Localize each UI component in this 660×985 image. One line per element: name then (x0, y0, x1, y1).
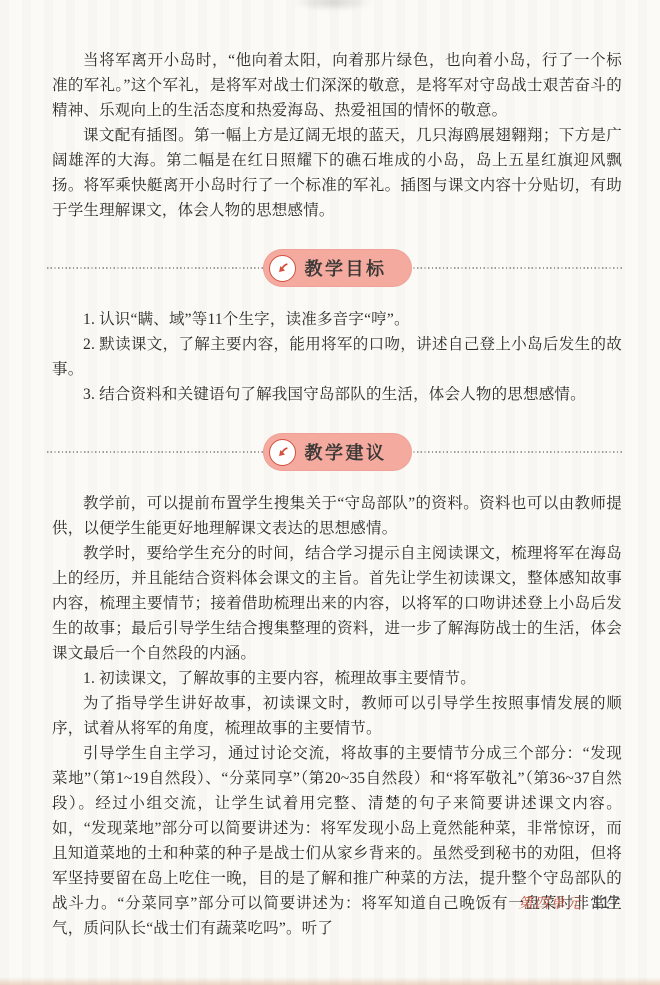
page-number: 117 (592, 894, 620, 913)
section-title-suggestions: 教学建议 (305, 439, 387, 465)
down-right-arrow-icon (269, 255, 296, 282)
objectives-pill: 教学目标 (263, 249, 412, 287)
section-title-objectives: 教学目标 (305, 255, 387, 281)
suggestion-paragraph: 教学前，可以提前布置学生搜集关于“守岛部队”的资料。资料也可以由教师提供，以便学… (52, 491, 622, 541)
unit-label: 第四单元 (518, 892, 582, 913)
scan-page-edge (0, 977, 660, 985)
objective-item: 3. 结合资料和关键语句了解我国守岛部队的生活，体会人物的思想感情。 (52, 382, 622, 407)
page-footer: 第四单元 117 (518, 892, 620, 913)
section-header-suggestions: 教学建议 (52, 433, 622, 471)
suggestion-step-item: 1. 初读课文，了解故事的主要内容，梳理故事主要情节。 (52, 666, 622, 691)
page-content: 当将军离开小岛时，“他向着太阳，向着那片绿色，也向着小岛，行了一个标准的军礼。”… (0, 0, 660, 941)
down-right-arrow-icon (269, 439, 296, 466)
suggestion-paragraph: 为了指导学生讲好故事，初读课文时，教师可以引导学生按照事情发展的顺序，试着从将军… (52, 691, 622, 741)
section-header-objectives: 教学目标 (52, 249, 622, 287)
intro-paragraph-1: 当将军离开小岛时，“他向着太阳，向着那片绿色，也向着小岛，行了一个标准的军礼。”… (52, 48, 622, 123)
suggestions-pill: 教学建议 (263, 433, 412, 471)
objective-item: 2. 默读课文，了解主要内容，能用将军的口吻，讲述自己登上小岛后发生的故事。 (52, 332, 622, 382)
intro-paragraph-2: 课文配有插图。第一幅上方是辽阔无垠的蓝天，几只海鸥展翅翱翔；下方是广阔雄浑的大海… (52, 123, 622, 223)
objective-item: 1. 认识“瞒、域”等11个生字，读准多音字“哼”。 (52, 307, 622, 332)
book-page: 当将军离开小岛时，“他向着太阳，向着那片绿色，也向着小岛，行了一个标准的军礼。”… (0, 0, 660, 985)
suggestion-paragraph: 教学时，要给学生充分的时间，结合学习提示自主阅读课文，梳理将军在海岛上的经历，并… (52, 541, 622, 666)
